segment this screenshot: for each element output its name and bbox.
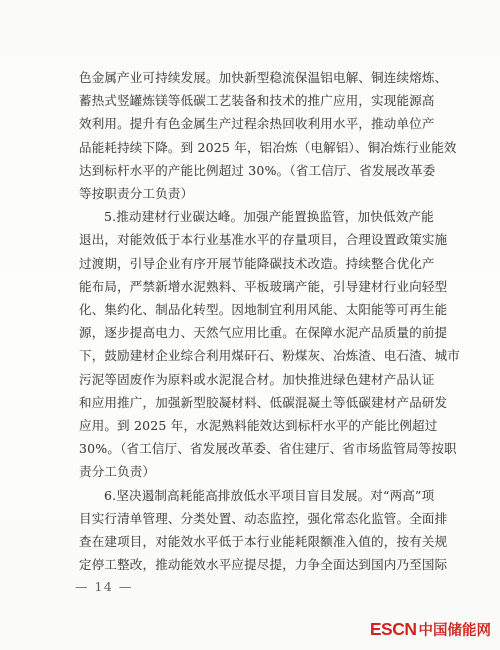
text-line: 色金属产业可持续发展。加快新型稳流保温铝电解、铜连续熔炼、 xyxy=(79,66,422,89)
watermark-latin-text: ESCN xyxy=(370,619,417,639)
escn-watermark-logo: ESCN中国储能网 xyxy=(370,619,491,641)
text-line: 查在建项目，对能效水平低于本行业能耗限额准入值的，按有关规 xyxy=(79,530,422,553)
text-line: 5.推动建材行业碳达峰。加强产能置换监管，加快低效产能 xyxy=(79,205,422,228)
document-page: 色金属产业可持续发展。加快新型稳流保温铝电解、铜连续熔炼、蓄热式竖罐炼镁等低碳工… xyxy=(0,0,500,650)
text-line: 达到标杆水平的产能比例超过 30%。（省工信厅、省发展改革委 xyxy=(79,159,422,182)
watermark-cjk-text: 中国储能网 xyxy=(419,623,492,639)
text-line: 等按职责分工负责） xyxy=(79,182,422,205)
paragraph: 色金属产业可持续发展。加快新型稳流保温铝电解、铜连续熔炼、蓄热式竖罐炼镁等低碳工… xyxy=(79,66,422,205)
text-line: 能布局，严禁新增水泥熟料、平板玻璃产能，引导建材行业向轻型 xyxy=(79,275,422,298)
text-line: 源，逐步提高电力、天然气应用比重。在保障水泥产品质量的前提 xyxy=(79,321,422,344)
text-line: 退出，对能效低于本行业基准水平的存量项目，合理设置政策实施 xyxy=(79,228,422,251)
page-number: — 14 — xyxy=(75,579,133,594)
text-line: 30%。（省工信厅、省发展改革委、省住建厅、省市场监管局等按职 xyxy=(79,437,422,460)
text-line: 污泥等固废作为原料或水泥混合材。加快推进绿色建材产品认证 xyxy=(79,368,422,391)
text-line: 过渡期，引导企业有序开展节能降碳技术改造。持续整合优化产 xyxy=(79,252,422,275)
text-line: 责分工负责） xyxy=(79,460,422,483)
text-line: 效利用。提升有色金属生产过程余热回收利用水平，推动单位产 xyxy=(79,112,422,135)
text-line: 应用。到 2025 年，水泥熟料能效达到标杆水平的产能比例超过 xyxy=(79,414,422,437)
text-line: 品能耗持续下降。到 2025 年，铝冶炼（电解铝）、铜冶炼行业能效 xyxy=(79,136,422,159)
paragraph: 6.坚决遏制高耗能高排放低水平项目盲目发展。对“两高”项目实行清单管理、分类处置… xyxy=(79,484,422,577)
paragraph: 5.推动建材行业碳达峰。加强产能置换监管，加快低效产能退出，对能效低于本行业基准… xyxy=(79,205,422,483)
text-line: 6.坚决遏制高耗能高排放低水平项目盲目发展。对“两高”项 xyxy=(79,484,422,507)
text-line: 下，鼓励建材企业综合利用煤矸石、粉煤灰、冶炼渣、电石渣、城市 xyxy=(79,344,422,367)
text-line: 化、集约化、制品化转型。因地制宜利用风能、太阳能等可再生能 xyxy=(79,298,422,321)
text-line: 定停工整改，推动能效水平应提尽提，力争全面达到国内乃至国际 xyxy=(79,553,422,576)
text-line: 蓄热式竖罐炼镁等低碳工艺装备和技术的推广应用，实现能源高 xyxy=(79,89,422,112)
text-line: 目实行清单管理、分类处置、动态监控，强化常态化监管。全面排 xyxy=(79,507,422,530)
document-body: 色金属产业可持续发展。加快新型稳流保温铝电解、铜连续熔炼、蓄热式竖罐炼镁等低碳工… xyxy=(79,66,422,576)
text-line: 和应用推广，加强新型胶凝材料、低碳混凝土等低碳建材产品研发 xyxy=(79,391,422,414)
